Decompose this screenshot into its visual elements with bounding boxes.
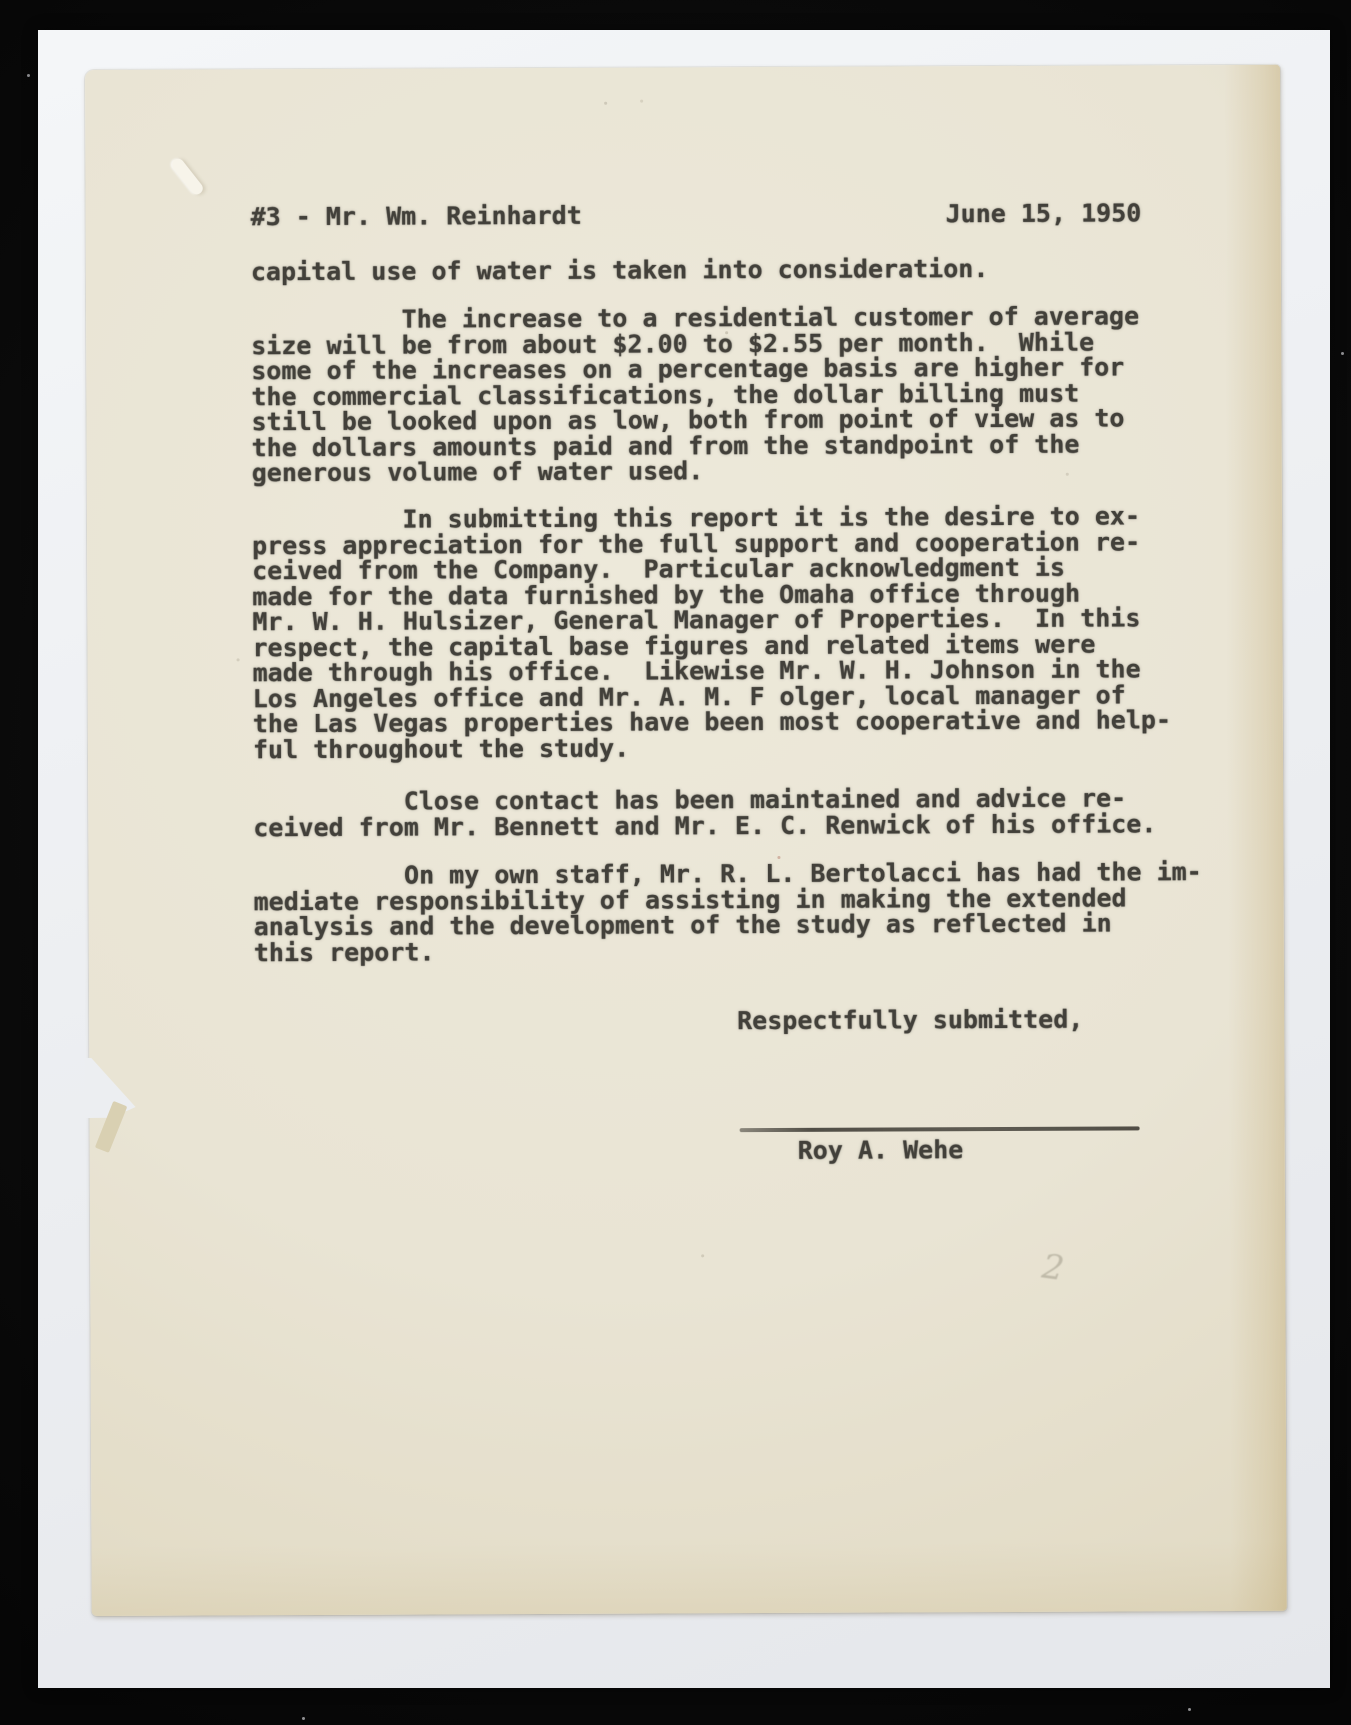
scan-background: #3 - Mr. Wm. Reinhardt June 15, 1950 cap… [0, 0, 1351, 1725]
dust-speck [27, 74, 30, 77]
paragraph-2: In submitting this report it is the desi… [252, 503, 1171, 762]
paragraph-3: Close contact has been maintained and ad… [253, 785, 1156, 840]
paper-speckles [85, 70, 86, 71]
intro-line: capital use of water is taken into consi… [251, 256, 989, 285]
dust-speck [302, 1717, 305, 1720]
signature-line [740, 1126, 1140, 1132]
paper-crease-mark [170, 156, 205, 196]
header-reference: #3 - Mr. Wm. Reinhardt [251, 203, 582, 230]
signature-name: Roy A. Wehe [798, 1137, 964, 1163]
paper-bottom-edge-shading [91, 1541, 1286, 1616]
dust-speck [1341, 352, 1344, 355]
paragraph-4: On my own staff, Mr. R. L. Bertolacci ha… [253, 859, 1202, 965]
letter-document: #3 - Mr. Wm. Reinhardt June 15, 1950 cap… [85, 65, 1287, 1616]
dust-speck [1188, 1708, 1191, 1711]
closing-phrase: Respectfully submitted, [737, 1007, 1083, 1034]
photo-matte: #3 - Mr. Wm. Reinhardt June 15, 1950 cap… [38, 30, 1330, 1688]
handwritten-pencil-mark: 2 [1040, 1247, 1067, 1290]
paragraph-1: The increase to a residential customer o… [251, 303, 1140, 485]
header-date: June 15, 1950 [946, 200, 1142, 226]
paper-right-edge-shading [1224, 65, 1287, 1611]
